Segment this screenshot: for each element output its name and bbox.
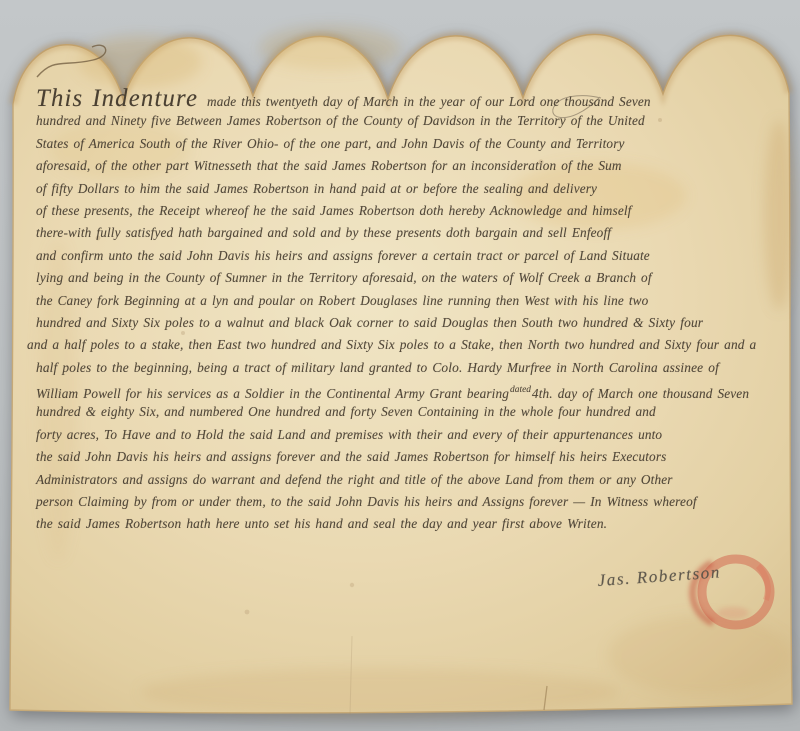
manuscript-line: the said James Robertson hath here unto … bbox=[36, 513, 772, 535]
manuscript-line-text: 4th. day of March one thousand Seven bbox=[532, 386, 749, 401]
manuscript-line: This Indenturemade this twentyeth day of… bbox=[36, 88, 764, 110]
manuscript-line: of fifty Dollars to him the said James R… bbox=[36, 178, 764, 200]
manuscript-line: there-with fully satisfyed hath bargaine… bbox=[36, 222, 764, 244]
manuscript-line: and a half poles to a stake, then East t… bbox=[27, 334, 769, 356]
manuscript-line: lying and being in the County of Sumner … bbox=[36, 267, 764, 289]
manuscript-line: Administrators and assigns do warrant an… bbox=[36, 469, 764, 491]
manuscript-line: William Powell for his services as a Sol… bbox=[36, 379, 764, 401]
manuscript-line: States of America South of the River Ohi… bbox=[36, 133, 764, 155]
deed-text: This Indenturemade this twentyeth day of… bbox=[36, 88, 772, 536]
manuscript-line: the said John Davis his heirs and assign… bbox=[36, 446, 764, 468]
manuscript-line: and confirm unto the said John Davis his… bbox=[36, 245, 764, 267]
manuscript-line: of these presents, the Receipt whereof h… bbox=[36, 200, 764, 222]
opening-words: This Indenture bbox=[36, 85, 198, 112]
manuscript-line: aforesaid, of the other part Witnesseth … bbox=[36, 155, 764, 177]
manuscript-line: hundred and Sixty Six poles to a walnut … bbox=[36, 312, 771, 334]
manuscript-line-text: made this twentyeth day of March in the … bbox=[207, 94, 651, 109]
inserted-word: dated bbox=[510, 385, 531, 395]
manuscript-line: forty acres, To Have and to Hold the sai… bbox=[36, 424, 764, 446]
manuscript-line: hundred & eighty Six, and numbered One h… bbox=[36, 401, 764, 423]
photo-canvas: This Indenturemade this twentyeth day of… bbox=[0, 0, 800, 731]
manuscript-line: the Caney fork Beginning at a lyn and po… bbox=[36, 290, 764, 312]
manuscript-line: hundred and Ninety five Between James Ro… bbox=[36, 110, 764, 132]
manuscript-line-text: William Powell for his services as a Sol… bbox=[36, 386, 509, 401]
manuscript-line: person Claiming by from or under them, t… bbox=[36, 491, 768, 513]
manuscript-line: half poles to the beginning, being a tra… bbox=[36, 357, 771, 379]
